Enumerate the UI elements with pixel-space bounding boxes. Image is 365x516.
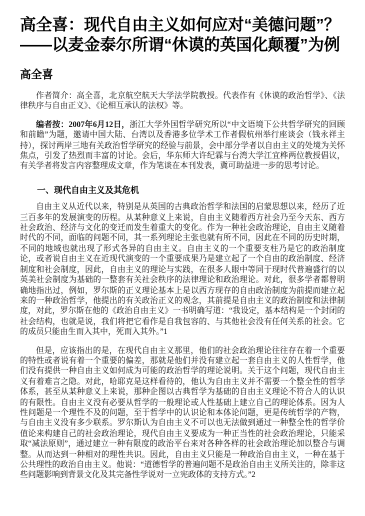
editor-note: 编者按：2007年6月12日，浙江大学外国哲学研究所以“中文语境下公共哲学研究的… — [20, 120, 345, 172]
article-page: 高全喜：现代自由主义如何应对“美德问题”？——以麦金泰尔所谓“休谟的英国化颠覆”… — [0, 0, 365, 516]
author-bio: 作者简介：高全喜，北京航空航天大学法学院教授。代表作有《休谟的政治哲学》、《法律… — [20, 91, 345, 112]
section-heading-1: 一、现代自由主义及其危机 — [20, 185, 345, 195]
author-name: 高全喜 — [20, 66, 345, 82]
section1-paragraph-1: 自由主义从近代以来，特别是从英国的古典政治哲学和法国的启蒙思想以来，经历了近三百… — [20, 202, 345, 337]
section1-paragraph-2: 但是，应该指出的是，在现代自由主义那里，他们的社会政治理论往往存在着一个重要的特… — [20, 346, 345, 481]
editor-note-prefix: 编者按：2007年6月12日， — [36, 120, 130, 129]
article-title: 高全喜：现代自由主义如何应对“美德问题”？——以麦金泰尔所谓“休谟的英国化颠覆”… — [20, 16, 345, 56]
